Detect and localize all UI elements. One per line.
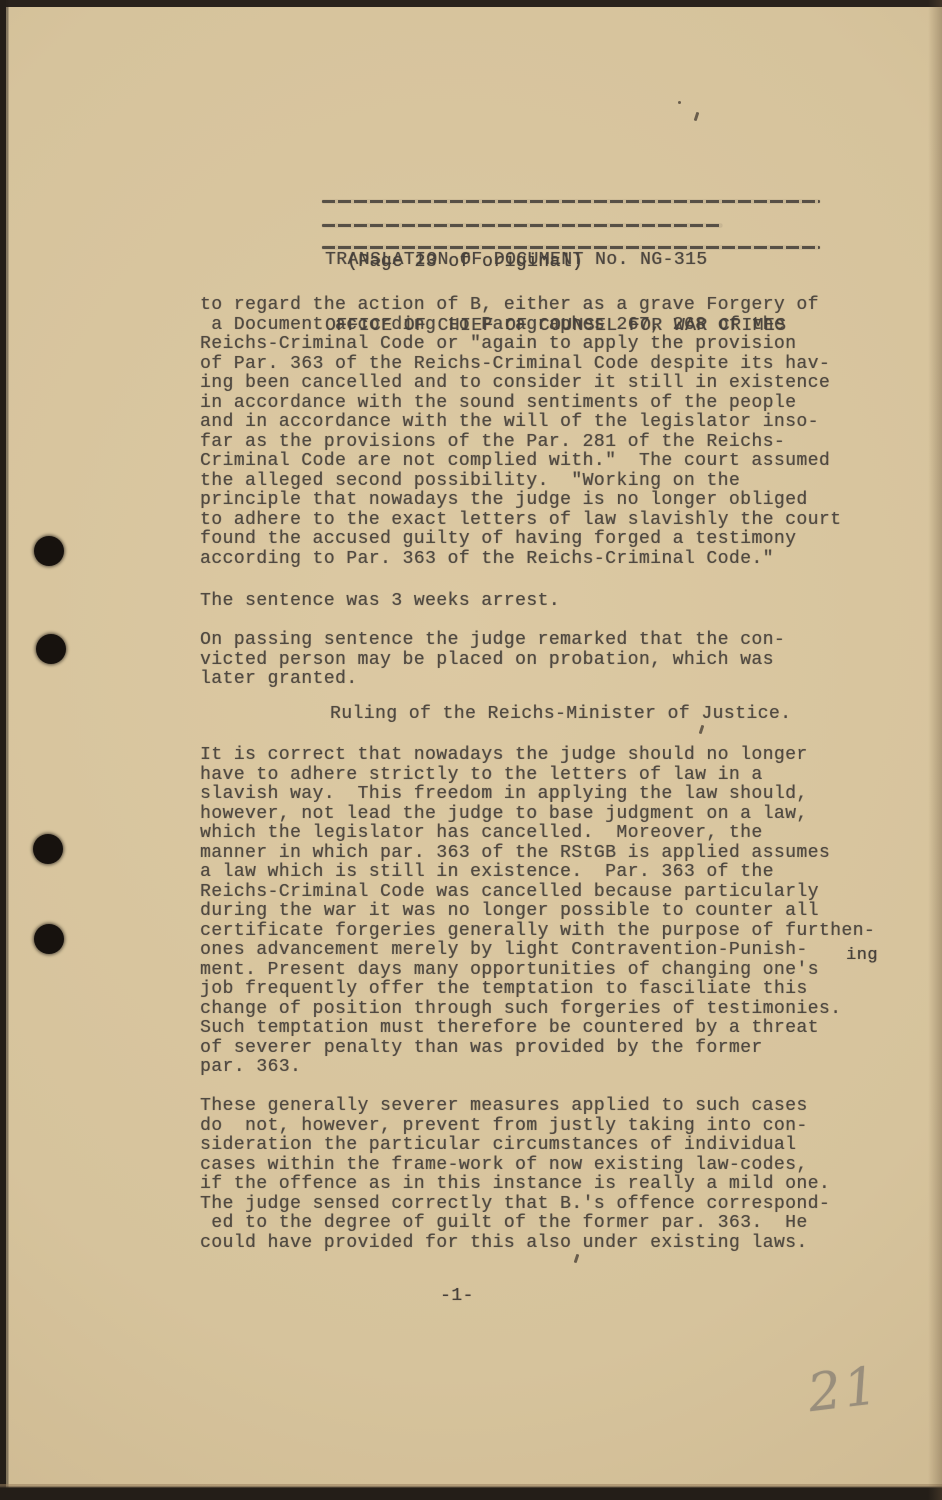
text-line: Criminal Code are not complied with." Th… xyxy=(200,452,841,472)
punch-hole-3 xyxy=(33,834,63,864)
typed-page-number: -1- xyxy=(440,1287,474,1307)
text-line: during the war it was no longer possible… xyxy=(200,902,875,922)
scanned-document: TRANSLATION OF DOCUMENT No. NG-315 OFFIC… xyxy=(0,0,942,1500)
text-line: if the offence as in this instance is re… xyxy=(200,1175,830,1195)
text-line: ed to the degree of guilt of the former … xyxy=(200,1214,830,1234)
text-line: do not, however, prevent from justly tak… xyxy=(200,1117,830,1137)
paragraph-2-sentence: The sentence was 3 weeks arrest. xyxy=(200,592,560,612)
text-line: It is correct that nowadays the judge sh… xyxy=(200,746,875,766)
marginal-insertion-ing: ing xyxy=(846,946,878,966)
text-line: ing been cancelled and to consider it st… xyxy=(200,374,841,394)
text-line: The judge sensed correctly that B.'s off… xyxy=(200,1195,830,1215)
text-line: On passing sentence the judge remarked t… xyxy=(200,631,785,651)
punch-hole-2 xyxy=(36,634,66,664)
paragraph-5-conclusion: These generally severer measures applied… xyxy=(200,1097,830,1253)
text-line: cases within the frame-work of now exist… xyxy=(200,1156,830,1176)
ink-speck xyxy=(678,101,681,104)
text-line: to adhere to the exact letters of law sl… xyxy=(200,511,841,531)
text-line: ones advancement merely by light Contrav… xyxy=(200,941,875,961)
punch-hole-1 xyxy=(34,536,64,566)
text-line: the alleged second possibility. "Working… xyxy=(200,472,841,492)
text-line: found the accused guilty of having forge… xyxy=(200,530,841,550)
text-line: These generally severer measures applied… xyxy=(200,1097,830,1117)
text-line: Such temptation must therefore be counte… xyxy=(200,1019,875,1039)
text-line: could have provided for this also under … xyxy=(200,1234,830,1254)
paragraph-4-ruling-text: It is correct that nowadays the judge sh… xyxy=(200,746,875,1078)
text-line: The sentence was 3 weeks arrest. xyxy=(200,592,560,612)
text-line: Reichs-Criminal Code was cancelled becau… xyxy=(200,883,875,903)
text-line: certificate forgeries generally with the… xyxy=(200,922,875,942)
text-line: to regard the action of B, either as a g… xyxy=(200,296,841,316)
header-rule-top xyxy=(322,200,820,203)
text-line: have to adhere strictly to the letters o… xyxy=(200,766,875,786)
scan-edge-top xyxy=(0,0,942,7)
text-line: of severer penalty than was provided by … xyxy=(200,1039,875,1059)
text-line: par. 363. xyxy=(200,1058,875,1078)
scan-edge-left xyxy=(0,0,9,1500)
text-line: manner in which par. 363 of the RStGB is… xyxy=(200,844,875,864)
text-line: victed person may be placed on probation… xyxy=(200,651,785,671)
text-line: Reichs-Criminal Code or "again to apply … xyxy=(200,335,841,355)
scan-edge-bottom xyxy=(0,1484,942,1500)
text-line: job frequently offer the temptation to f… xyxy=(200,980,875,1000)
text-line: of Par. 363 of the Reichs-Criminal Code … xyxy=(200,355,841,375)
text-line: a Document according to Paragraphes 267,… xyxy=(200,316,841,336)
text-line: later granted. xyxy=(200,670,785,690)
text-line: principle that nowadays the judge is no … xyxy=(200,491,841,511)
text-line: in accordance with the sound sentiments … xyxy=(200,394,841,414)
paragraph-1: to regard the action of B, either as a g… xyxy=(200,296,841,569)
text-line: far as the provisions of the Par. 281 of… xyxy=(200,433,841,453)
text-line: slavish way. This freedom in applying th… xyxy=(200,785,875,805)
text-line: which the legislator has cancelled. More… xyxy=(200,824,875,844)
text-line: and in accordance with the will of the l… xyxy=(200,413,841,433)
text-line: a law which is still in existence. Par. … xyxy=(200,863,875,883)
handwritten-page-number: 21 xyxy=(805,1356,884,1424)
section-heading-ruling: Ruling of the Reichs-Minister of Justice… xyxy=(330,705,791,725)
paragraph-3-probation: On passing sentence the judge remarked t… xyxy=(200,631,785,690)
text-line: change of position through such forgerie… xyxy=(200,1000,875,1020)
scan-edge-right xyxy=(928,0,942,1500)
text-line: Ruling of the Reichs-Minister of Justice… xyxy=(330,705,791,725)
text-line: ment. Present days many opportunities of… xyxy=(200,961,875,981)
text-line: according to Par. 363 of the Reichs-Crim… xyxy=(200,550,841,570)
punch-hole-4 xyxy=(34,924,64,954)
page-reference: (Page 23 of original) xyxy=(347,253,583,273)
text-line: sideration the particular circumstances … xyxy=(200,1136,830,1156)
text-line: however, not lead the judge to base judg… xyxy=(200,805,875,825)
